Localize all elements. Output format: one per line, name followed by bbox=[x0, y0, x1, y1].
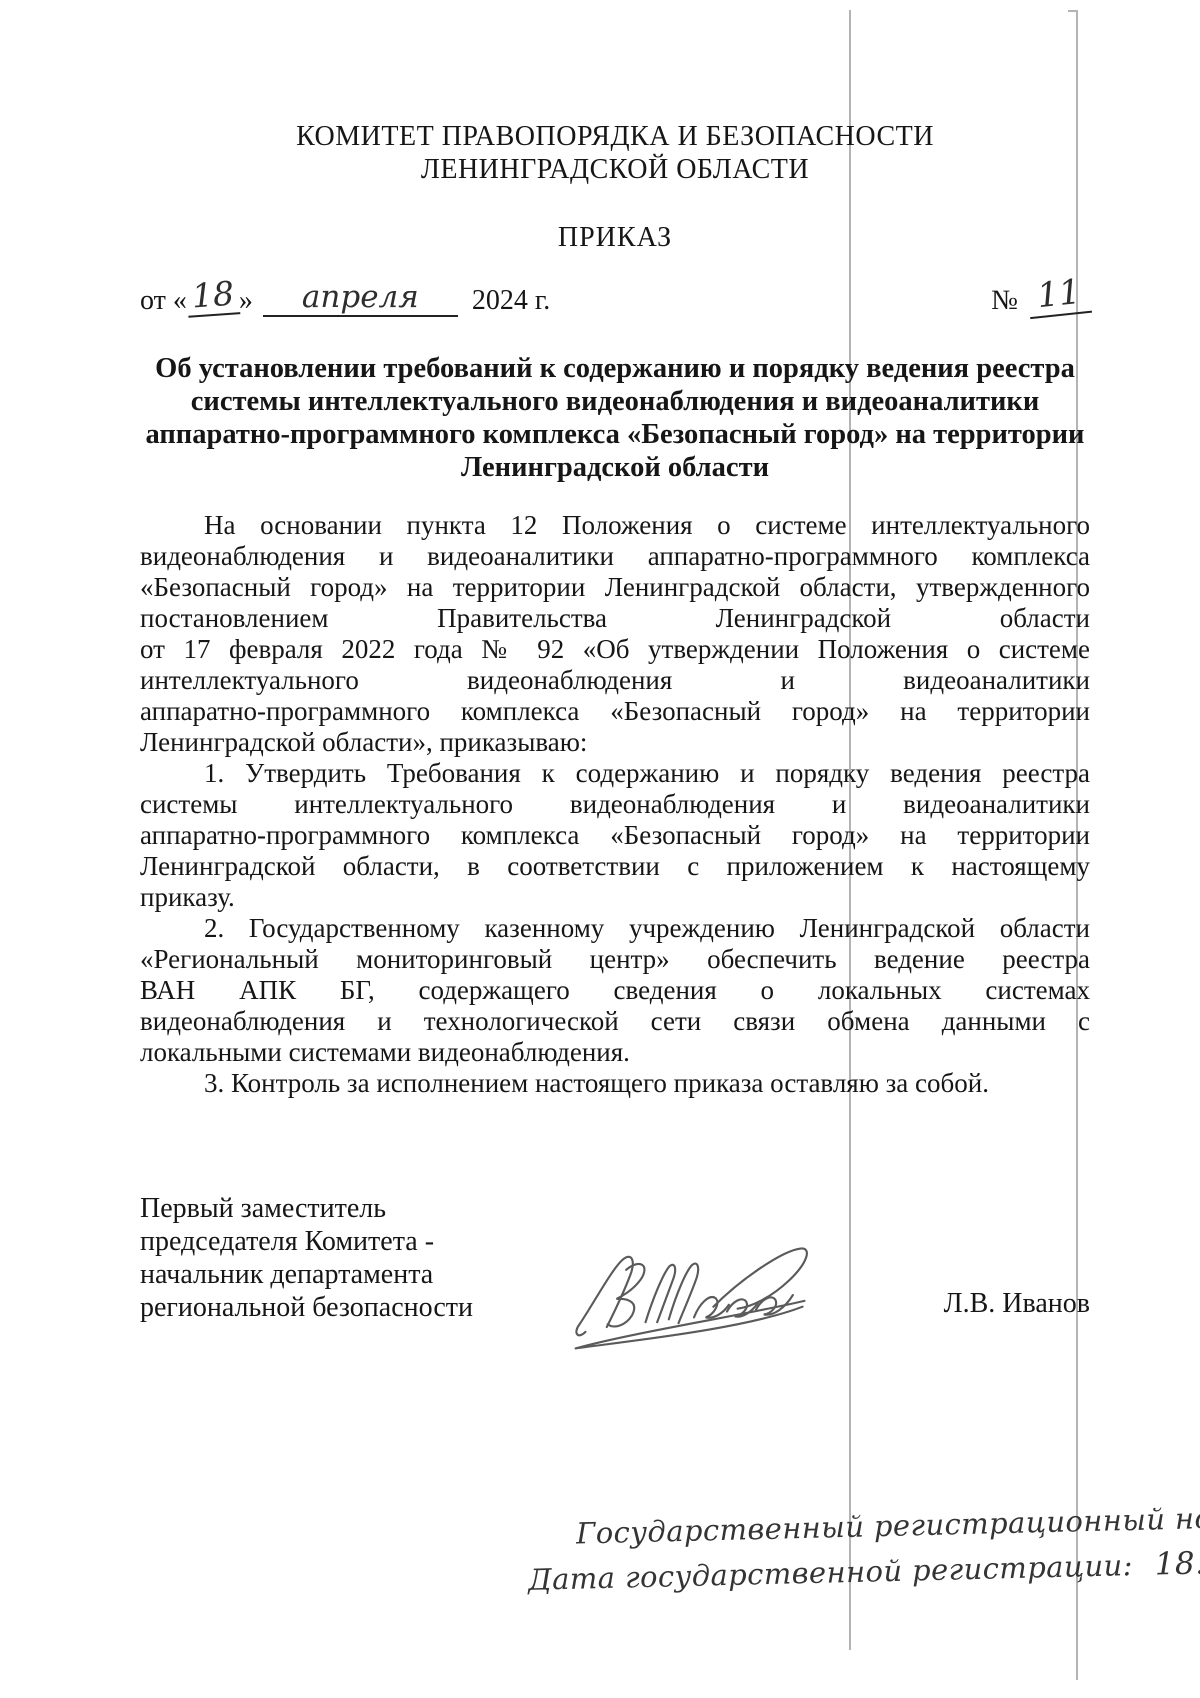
scan-line-top-tick bbox=[1068, 10, 1078, 12]
signer-position-line: Первый заместитель bbox=[140, 1192, 600, 1225]
order-number-group: № 11 bbox=[991, 278, 1090, 320]
signer-name: Л.В. Иванов bbox=[940, 1288, 1090, 1320]
order-title: Об установлении требований к содержанию … bbox=[130, 352, 1100, 484]
handwritten-registration-number-note: Государственный регистрационный номер:11 bbox=[576, 1496, 1200, 1551]
body-line: видеонаблюдения и видеоаналитики аппарат… bbox=[140, 541, 1090, 572]
date-year: 2024 г. bbox=[472, 285, 550, 317]
body-line: видеонаблюдения и технологической сети с… bbox=[140, 1006, 1090, 1037]
signer-position-line: председателя Комитета - bbox=[140, 1225, 600, 1258]
registration-date-value: 18.04.2024 bbox=[1154, 1542, 1200, 1582]
body-line: от 17 февраля 2022 года № 92 «Об утвержд… bbox=[140, 634, 1090, 665]
registration-date-label: Дата государственной регистрации: bbox=[528, 1548, 1133, 1597]
doc-type-label: ПРИКАЗ bbox=[140, 222, 1090, 254]
order-title-line: аппаратно-программного комплекса «Безопа… bbox=[130, 418, 1100, 451]
body-line: «Региональный мониторинговый центр» обес… bbox=[140, 944, 1090, 975]
handwritten-order-number: 11 bbox=[1026, 271, 1092, 319]
body-line: постановлением Правительства Ленинградск… bbox=[140, 603, 1090, 634]
org-name-line1: КОМИТЕТ ПРАВОПОРЯДКА И БЕЗОПАСНОСТИ bbox=[140, 120, 1090, 153]
body-line: интеллектуального видеонаблюдения и виде… bbox=[140, 665, 1090, 696]
handwritten-month: апреля bbox=[263, 279, 458, 317]
body-line: аппаратно-программного комплекса «Безопа… bbox=[140, 696, 1090, 727]
org-header: КОМИТЕТ ПРАВОПОРЯДКА И БЕЗОПАСНОСТИ ЛЕНИ… bbox=[140, 120, 1090, 186]
body-line: Ленинградской области», приказываю: bbox=[140, 727, 1090, 758]
order-title-line: Об установлении требований к содержанию … bbox=[130, 352, 1100, 385]
order-body: На основании пункта 12 Положения о систе… bbox=[140, 510, 1090, 1099]
handwritten-day: 18 bbox=[186, 273, 241, 318]
date-close-quote: » bbox=[239, 285, 253, 317]
signer-position-block: Первый заместитель председателя Комитета… bbox=[140, 1192, 600, 1324]
body-line: приказу. bbox=[140, 882, 1090, 913]
body-line: аппаратно-программного комплекса «Безопа… bbox=[140, 820, 1090, 851]
order-title-line: Ленинградской области bbox=[130, 451, 1100, 484]
org-name-line2: ЛЕНИНГРАДСКОЙ ОБЛАСТИ bbox=[140, 153, 1090, 186]
date-number-line: от « 18 » апреля 2024 г. № 11 bbox=[140, 278, 1090, 320]
body-line: ВАН АПК БГ, содержащего сведения о локал… bbox=[140, 975, 1090, 1006]
number-sign: № bbox=[991, 285, 1018, 317]
body-line: Ленинградской области, в соответствии с … bbox=[140, 851, 1090, 882]
body-line: На основании пункта 12 Положения о систе… bbox=[140, 510, 1090, 541]
body-line: 3. Контроль за исполнением настоящего пр… bbox=[140, 1068, 1090, 1099]
date-from-label: от « bbox=[140, 285, 187, 317]
body-line: «Безопасный город» на территории Ленингр… bbox=[140, 572, 1090, 603]
signer-position-line: региональной безопасности bbox=[140, 1291, 600, 1324]
body-line: локальными системами видеонаблюдения. bbox=[140, 1037, 1090, 1068]
order-title-line: системы интеллектуального видеонаблюдени… bbox=[130, 385, 1100, 418]
body-line: системы интеллектуального видеонаблюдени… bbox=[140, 789, 1090, 820]
handwritten-registration-date-note: Дата государственной регистрации:18.04.2… bbox=[528, 1542, 1200, 1598]
signer-position-line: начальник департамента bbox=[140, 1258, 600, 1291]
scanned-order-document: КОМИТЕТ ПРАВОПОРЯДКА И БЕЗОПАСНОСТИ ЛЕНИ… bbox=[0, 0, 1200, 1698]
body-line: 1. Утвердить Требования к содержанию и п… bbox=[140, 758, 1090, 789]
registration-number-label: Государственный регистрационный номер: bbox=[576, 1499, 1200, 1550]
signature-scribble bbox=[568, 1238, 820, 1356]
body-line: 2. Государственному казенному учреждению… bbox=[140, 913, 1090, 944]
